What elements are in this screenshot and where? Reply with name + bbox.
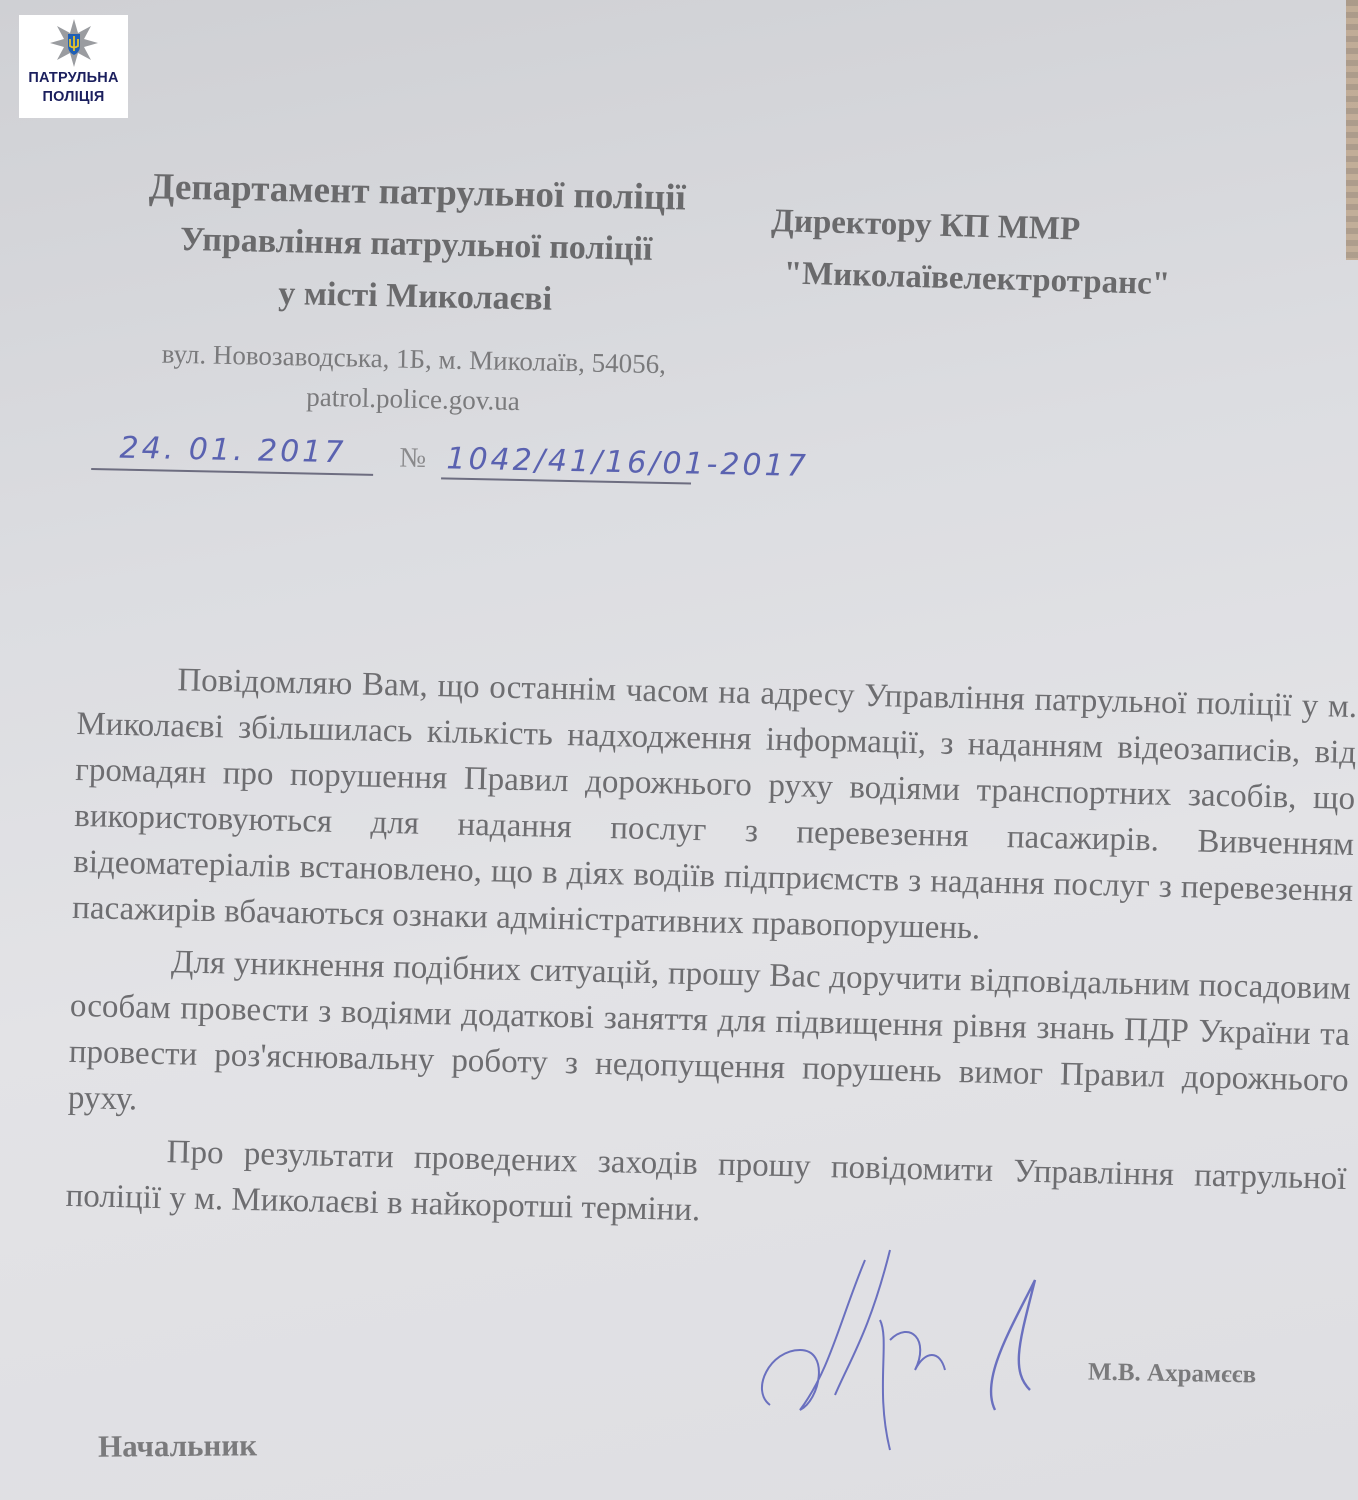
registration-line: 24. 01. 2017 № 1042/41/16/01-2017 xyxy=(91,430,932,508)
number-sign: № xyxy=(399,442,426,475)
body-paragraph: Для уникнення подібних ситуацій, прошу В… xyxy=(67,937,1351,1150)
logo-text-line2: ПОЛІЦІЯ xyxy=(19,88,128,107)
addressee-organization: "Миколаївелектротранс" xyxy=(769,247,1171,310)
signer-position: Начальник xyxy=(98,1427,257,1464)
signer-name: М.В. Ахрамєєв xyxy=(1088,1359,1257,1390)
body-paragraph: Повідомляю Вам, що останнім часом на адр… xyxy=(72,655,1358,960)
letter-body: Повідомляю Вам, що останнім часом на адр… xyxy=(65,655,1357,1248)
registration-date: 24. 01. 2017 xyxy=(119,431,347,471)
patrol-police-logo: ПАТРУЛЬНА ПОЛІЦІЯ xyxy=(19,15,128,118)
handwritten-signature-icon xyxy=(740,1240,1100,1460)
background-edge xyxy=(1346,0,1358,260)
logo-text-line1: ПАТРУЛЬНА xyxy=(19,69,128,88)
police-star-emblem-icon xyxy=(48,17,100,69)
addressee-block: Директору КП ММР "Миколаївелектротранс" xyxy=(769,195,1172,310)
sender-block: Департамент патрульної поліції Управлінн… xyxy=(83,160,748,426)
